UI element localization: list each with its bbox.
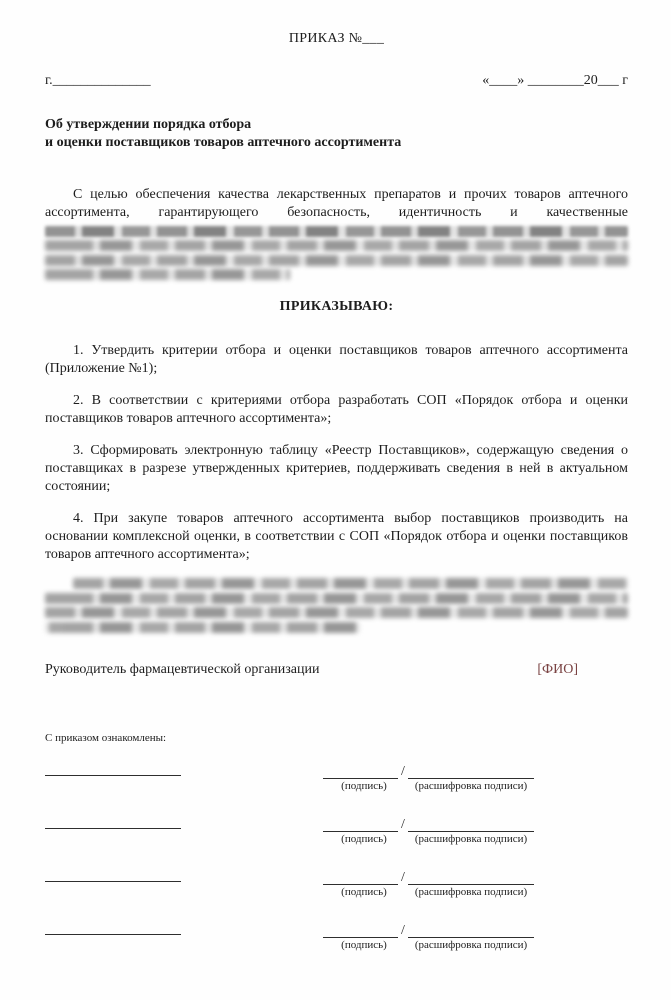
order-document-page: ПРИКАЗ №___ г.______________ «____» ____… xyxy=(0,0,671,1000)
redacted-line xyxy=(45,226,628,237)
redacted-line xyxy=(45,622,360,633)
signature-rows: / (подпись) (расшифровка подписи) / (под… xyxy=(45,761,628,952)
redacted-line xyxy=(45,593,628,604)
order-item-3: 3. Сформировать электронную таблицу «Рее… xyxy=(45,442,628,496)
signature-lines: / xyxy=(323,867,537,885)
order-item-2: 2. В соответствии с критериями отбора ра… xyxy=(45,392,628,428)
signature-name-blank-line xyxy=(408,817,534,832)
order-item-5-redacted xyxy=(45,578,628,633)
signature-labels: (подпись) (расшифровка подписи) xyxy=(323,886,537,899)
redacted-line xyxy=(45,269,290,280)
signer-role: Руководитель фармацевтической организаци… xyxy=(45,661,320,679)
name-blank-line xyxy=(45,920,181,935)
redacted-line xyxy=(45,607,628,618)
sign-name-label: (расшифровка подписи) xyxy=(405,886,537,899)
intro-paragraph: С целью обеспечения качества лекарственн… xyxy=(45,186,628,222)
signature-fields: / (подпись) (расшифровка подписи) xyxy=(323,761,537,793)
signature-row: / (подпись) (расшифровка подписи) xyxy=(45,814,628,846)
sign-name-label: (расшифровка подписи) xyxy=(405,780,537,793)
redacted-line xyxy=(73,578,628,589)
city-blank-field: г.______________ xyxy=(45,72,151,90)
slash-separator: / xyxy=(398,816,408,834)
signature-name-blank-line xyxy=(408,764,534,779)
signature-labels: (подпись) (расшифровка подписи) xyxy=(323,939,537,952)
order-subject-line1: Об утверждении порядка отбора xyxy=(45,116,628,134)
signature-row: / (подпись) (расшифровка подписи) xyxy=(45,920,628,952)
signature-labels: (подпись) (расшифровка подписи) xyxy=(323,780,537,793)
signer-row: Руководитель фармацевтической организаци… xyxy=(45,661,628,679)
date-blank-field: «____» ________20___ г xyxy=(482,72,628,90)
order-subject-line2: и оценки поставщиков товаров аптечного а… xyxy=(45,134,628,152)
name-blank-line xyxy=(45,814,181,829)
sign-label: (подпись) xyxy=(323,833,405,846)
signature-name-blank-line xyxy=(408,870,534,885)
name-blank-line xyxy=(45,761,181,776)
city-date-row: г.______________ «____» ________20___ г xyxy=(45,72,628,90)
slash-separator: / xyxy=(398,922,408,940)
acknowledged-label: С приказом ознакомлены: xyxy=(45,731,628,745)
order-item-4: 4. При закупе товаров аптечного ассортим… xyxy=(45,510,628,564)
sign-label: (подпись) xyxy=(323,886,405,899)
signature-row: / (подпись) (расшифровка подписи) xyxy=(45,761,628,793)
command-heading: ПРИКАЗЫВАЮ: xyxy=(45,298,628,316)
name-blank-line xyxy=(45,867,181,882)
order-number-heading: ПРИКАЗ №___ xyxy=(45,30,628,48)
slash-separator: / xyxy=(398,763,408,781)
signature-fields: / (подпись) (расшифровка подписи) xyxy=(323,867,537,899)
signature-blank-line xyxy=(323,817,398,832)
sign-label: (подпись) xyxy=(323,939,405,952)
signature-blank-line xyxy=(323,923,398,938)
signature-row: / (подпись) (расшифровка подписи) xyxy=(45,867,628,899)
redacted-line xyxy=(45,255,628,266)
slash-separator: / xyxy=(398,869,408,887)
signature-labels: (подпись) (расшифровка подписи) xyxy=(323,833,537,846)
intro-redacted-lines xyxy=(45,226,628,281)
order-item-1: 1. Утвердить критерии отбора и оценки по… xyxy=(45,342,628,378)
order-subject: Об утверждении порядка отбора и оценки п… xyxy=(45,116,628,152)
signature-lines: / xyxy=(323,814,537,832)
redacted-line xyxy=(45,240,628,251)
signature-blank-line xyxy=(323,870,398,885)
signature-fields: / (подпись) (расшифровка подписи) xyxy=(323,920,537,952)
sign-name-label: (расшифровка подписи) xyxy=(405,939,537,952)
signer-name-placeholder: [ФИО] xyxy=(537,661,628,679)
sign-label: (подпись) xyxy=(323,780,405,793)
signature-lines: / xyxy=(323,920,537,938)
signature-name-blank-line xyxy=(408,923,534,938)
signature-blank-line xyxy=(323,764,398,779)
sign-name-label: (расшифровка подписи) xyxy=(405,833,537,846)
signature-lines: / xyxy=(323,761,537,779)
signature-fields: / (подпись) (расшифровка подписи) xyxy=(323,814,537,846)
